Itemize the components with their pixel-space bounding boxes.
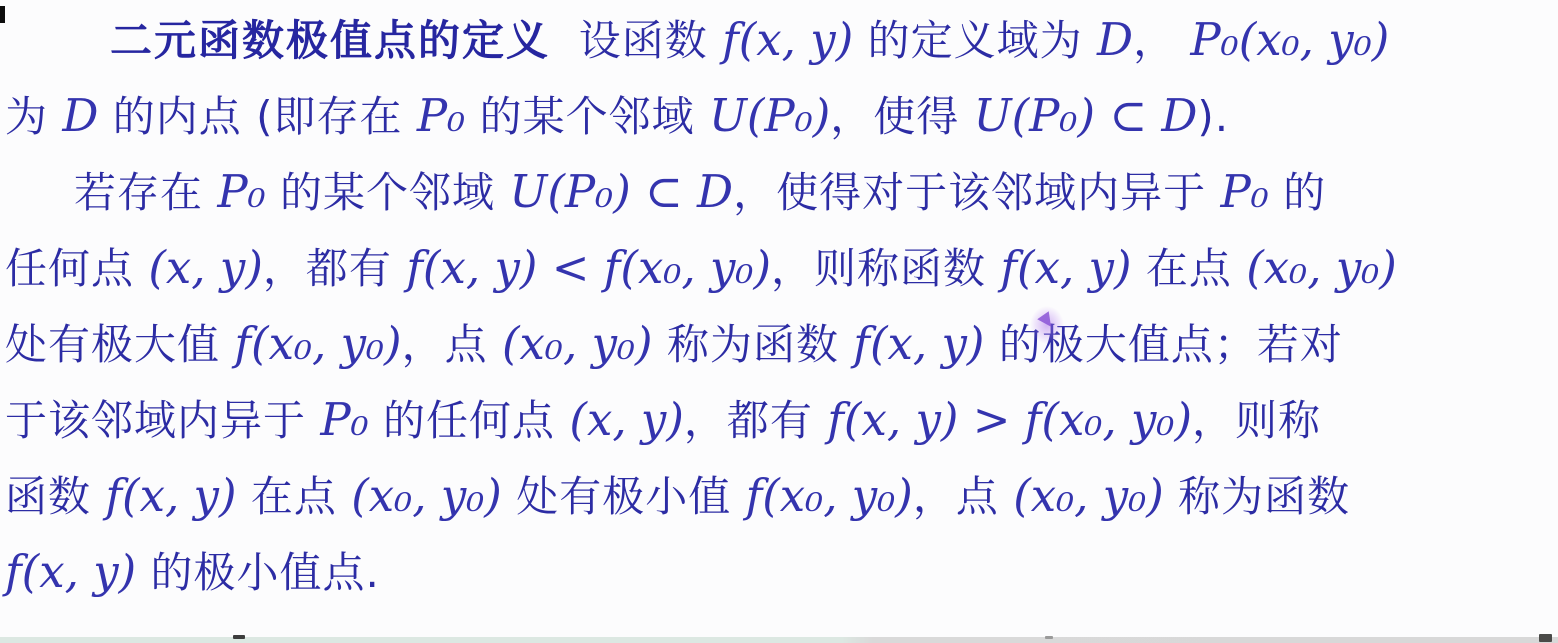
math-run: (x, y) [569, 393, 684, 446]
math-run: P₀ [320, 393, 368, 446]
math-run: U(P₀) ⊂ D [509, 165, 733, 218]
text-run: 于该邻域内异于 [5, 396, 320, 445]
text-run: 的内点 (即存在 [98, 92, 416, 141]
math-run: P₀ [417, 89, 465, 142]
text-run: 函数 [5, 472, 105, 521]
text-run: 的任何点 [369, 396, 570, 445]
text-run: ，点 [913, 472, 1013, 521]
text-run: 处有极大值 [5, 320, 234, 369]
math-run: D [1097, 13, 1133, 66]
text-run: ，都有 [263, 244, 406, 293]
text-run: 的定义域为 [853, 16, 1097, 65]
math-run: f(x, y) [722, 13, 853, 66]
text-line: 于该邻域内异于 P₀ 的任何点 (x, y)，都有 f(x, y) > f(x₀… [0, 382, 1558, 458]
text-run: ，则称函数 [771, 244, 1000, 293]
bottom-strip-mark-center [1045, 636, 1053, 639]
slide-text: 二元函数极值点的定义 设函数 f(x, y) 的定义域为 D， P₀(x₀, y… [0, 2, 1558, 610]
text-run: 称为函数 [653, 320, 854, 369]
math-run: (x₀, y₀) [1246, 241, 1397, 294]
text-line: 若存在 P₀ 的某个邻域 U(P₀) ⊂ D，使得对于该邻域内异于 P₀ 的 [0, 154, 1558, 230]
math-run: (x, y) [148, 241, 263, 294]
math-run: f(x, y) [1000, 241, 1131, 294]
text-run: 的某个邻域 [465, 92, 709, 141]
math-run: f(x, y) > f(x₀, y₀) [827, 393, 1192, 446]
text-run: ). [1197, 92, 1229, 141]
text-line: 处有极大值 f(x₀, y₀)，点 (x₀, y₀) 称为函数 f(x, y) … [0, 306, 1558, 382]
math-run: U(P₀) ⊂ D [974, 89, 1198, 142]
bottom-edge-strip [0, 637, 1558, 643]
pointer-cursor[interactable] [1030, 306, 1064, 344]
text-run: 任何点 [5, 244, 148, 293]
text-line: 函数 f(x, y) 在点 (x₀, y₀) 处有极小值 f(x₀, y₀)，点… [0, 458, 1558, 534]
math-run: (x₀, y₀) [351, 469, 502, 522]
math-run: f(x₀, y₀) [234, 317, 401, 370]
text-run: 的极小值点. [136, 548, 380, 597]
text-run: ， [1133, 16, 1176, 65]
pointer-cursor-arrow [1037, 311, 1056, 330]
text-line: f(x, y) 的极小值点. [0, 534, 1558, 610]
math-run: (x₀, y₀) [1013, 469, 1164, 522]
text-run: 若存在 [74, 168, 217, 217]
math-run: (x₀, y₀) [502, 317, 653, 370]
math-run: D [62, 89, 98, 142]
text-run: 为 [5, 92, 62, 141]
text-run: ，点 [402, 320, 502, 369]
text-run: 在点 [1132, 244, 1247, 293]
bottom-strip-mark-left [233, 635, 245, 639]
text-line: 二元函数极值点的定义 设函数 f(x, y) 的定义域为 D， P₀(x₀, y… [0, 2, 1558, 78]
text-run: ，都有 [684, 396, 827, 445]
text-run: 称为函数 [1164, 472, 1350, 521]
text-run: 设函数 [550, 16, 722, 65]
text-run: ，使得 [830, 92, 973, 141]
lecture-slide: 二元函数极值点的定义 设函数 f(x, y) 的定义域为 D， P₀(x₀, y… [0, 0, 1558, 643]
text-run: 二元函数极值点的定义 [110, 16, 550, 65]
text-run: 的 [1269, 168, 1326, 217]
bottom-strip-mark-right [1539, 634, 1552, 642]
math-run: f(x₀, y₀) [746, 469, 913, 522]
text-run: ，则称 [1192, 396, 1321, 445]
math-run: U(P₀) [709, 89, 830, 142]
math-run: f(x, y) < f(x₀, y₀) [406, 241, 771, 294]
math-run: f(x, y) [105, 469, 236, 522]
math-run: f(x, y) [853, 317, 984, 370]
math-run: P₀ [217, 165, 265, 218]
text-run: 在点 [237, 472, 352, 521]
text-line: 任何点 (x, y)，都有 f(x, y) < f(x₀, y₀)，则称函数 f… [0, 230, 1558, 306]
math-run: P₀(x₀, y₀) [1176, 13, 1389, 66]
math-run: f(x, y) [5, 545, 136, 598]
text-run: 的某个邻域 [266, 168, 510, 217]
text-line: 为 D 的内点 (即存在 P₀ 的某个邻域 U(P₀)，使得 U(P₀) ⊂ D… [0, 78, 1558, 154]
text-run: 处有极小值 [502, 472, 746, 521]
text-run: ，使得对于该邻域内异于 [733, 168, 1220, 217]
math-run: P₀ [1221, 165, 1269, 218]
